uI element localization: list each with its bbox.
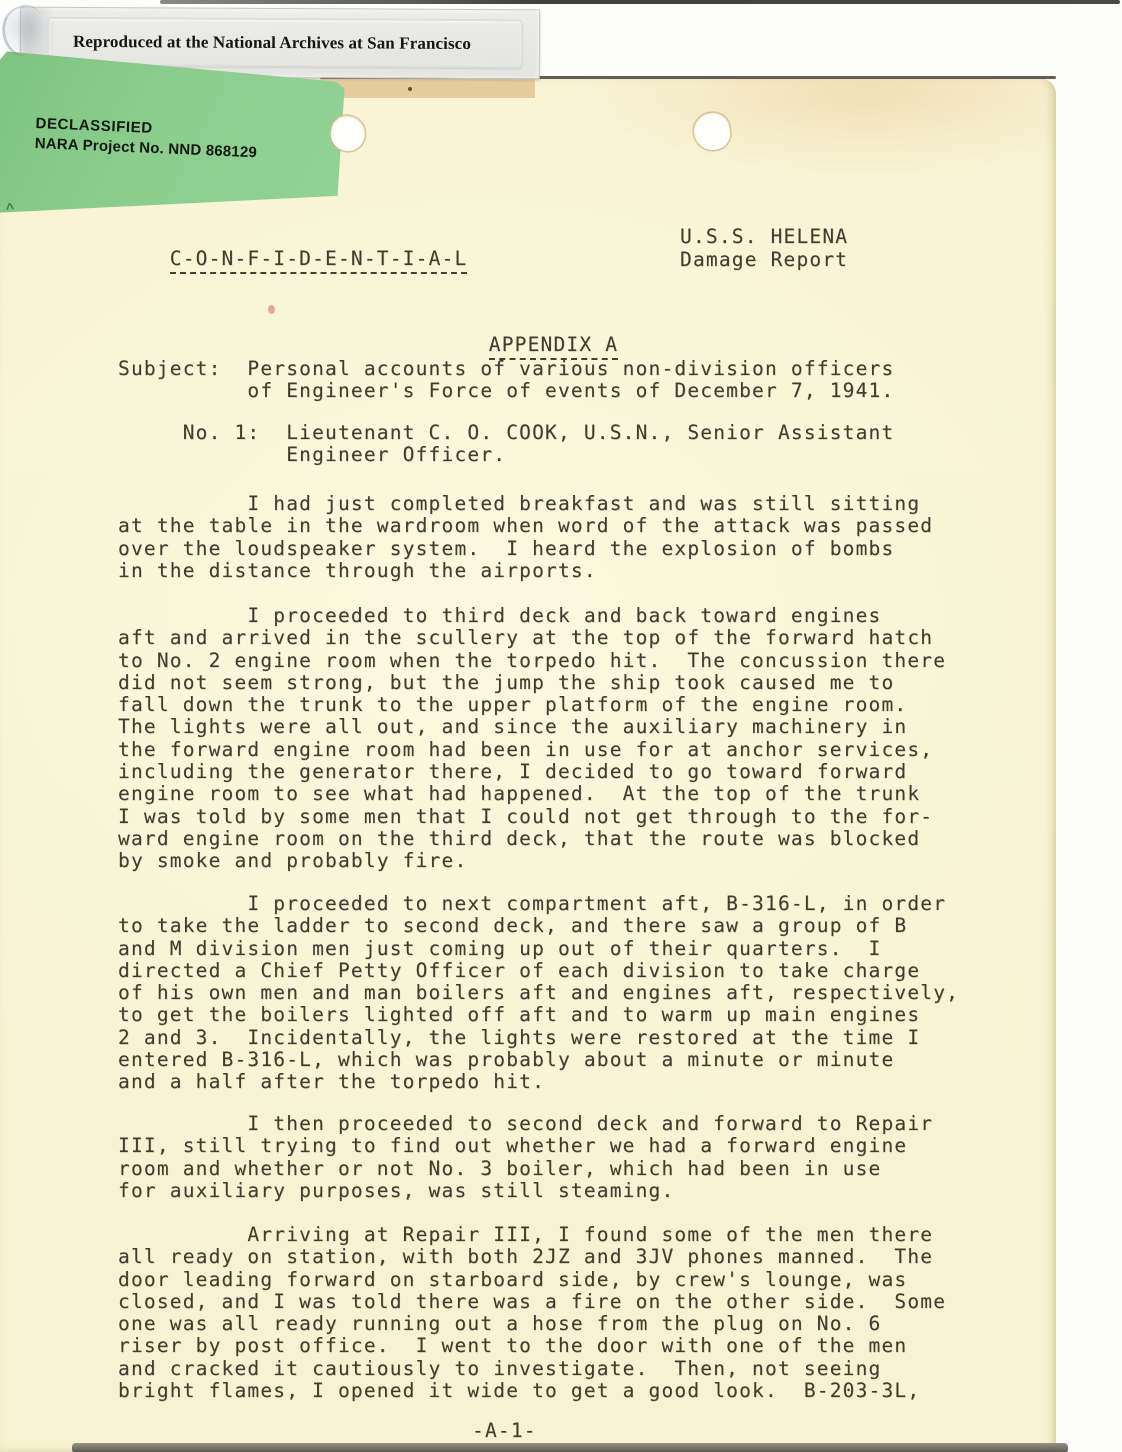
banner-text: Reproduced at the National Archives at S… (73, 32, 471, 54)
paragraph-5: Arriving at Repair III, I found some of … (118, 1224, 946, 1402)
paper-edge-tan-band (320, 79, 535, 98)
appendix-title-text: APPENDIX A (489, 334, 618, 359)
classification-heading: C-O-N-F-I-D-E-N-T-I-A-L (118, 226, 467, 296)
pink-speck (268, 305, 275, 314)
officer-block: No. 1: Lieutenant C. O. COOK, U.S.N., Se… (118, 422, 894, 467)
scanned-document-page: Reproduced at the National Archives at S… (0, 0, 1122, 1452)
paragraph-4: I then proceeded to second deck and forw… (118, 1113, 933, 1202)
scan-edge-artifact-bottom (72, 1443, 1068, 1452)
paragraph-3: I proceeded to next compartment aft, B-3… (118, 893, 959, 1094)
ship-name: U.S.S. HELENA (680, 226, 848, 248)
page-number: -A-1- (472, 1420, 537, 1442)
paragraph-1: I had just completed breakfast and was s… (118, 493, 933, 582)
scan-edge-artifact-top (160, 0, 1120, 4)
paragraph-2: I proceeded to third deck and back towar… (118, 605, 946, 873)
ink-speck (408, 87, 412, 91)
classification-text: C-O-N-F-I-D-E-N-T-I-A-L (170, 248, 468, 273)
subject-block: Subject: Personal accounts of various no… (118, 358, 894, 403)
stamp-text: DECLASSIFIED NARA Project No. NND 868129 (34, 114, 258, 163)
report-type: Damage Report (680, 249, 848, 271)
